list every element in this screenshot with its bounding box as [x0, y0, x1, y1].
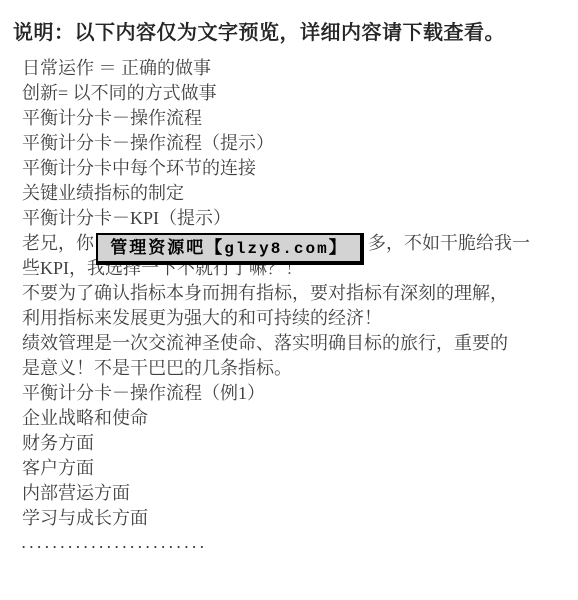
preview-page: 说明：以下内容仅为文字预览，详细内容请下载查看。 日常运作 ＝ 正确的做事 创新… — [0, 0, 578, 600]
text-line: 平衡计分卡－KPI（提示） — [22, 206, 562, 231]
text-line: 平衡计分卡－操作流程（提示） — [22, 131, 562, 156]
text-line: 平衡计分卡中每个环节的连接 — [22, 156, 562, 181]
preview-notice-header: 说明：以下内容仅为文字预览，详细内容请下载查看。 — [13, 16, 505, 45]
watermark-site-name: glzy8.com — [224, 240, 328, 258]
text-line: 利用指标来发展更为强大的和可持续的经济！ — [22, 306, 562, 331]
text-line: 日常运作 ＝ 正确的做事 — [22, 56, 562, 81]
preview-text-content: 日常运作 ＝ 正确的做事 创新= 以不同的方式做事 平衡计分卡－操作流程 平衡计… — [22, 56, 562, 556]
text-line: 企业战略和使命 — [22, 406, 562, 431]
text-line: 是意义！不是干巴巴的几条指标。 — [22, 356, 562, 381]
text-line: 关键业绩指标的制定 — [22, 181, 562, 206]
text-line: 平衡计分卡－操作流程（例1） — [22, 381, 562, 406]
text-line: 绩效管理是一次交流神圣使命、落实明确目标的旅行，重要的 — [22, 331, 562, 356]
text-line: 不要为了确认指标本身而拥有指标，要对指标有深刻的理解， — [22, 281, 562, 306]
text-segment-left: 老兄，你 — [22, 233, 94, 253]
text-line: 创新= 以不同的方式做事 — [22, 81, 562, 106]
text-line: 财务方面 — [22, 431, 562, 456]
watermark-suffix: 】 — [329, 238, 348, 257]
text-line: 内部营运方面 — [22, 481, 562, 506]
watermark-badge: 管理资源吧【glzy8.com】 — [96, 233, 364, 265]
text-segment-right: 多，不如干脆给我一 — [368, 233, 530, 253]
watermark-prefix: 管理资源吧【 — [110, 238, 224, 257]
text-line: 客户方面 — [22, 456, 562, 481]
text-line: 平衡计分卡－操作流程 — [22, 106, 562, 131]
text-line: 学习与成长方面 — [22, 506, 562, 531]
truncation-dots-line: ........................ — [22, 531, 562, 556]
